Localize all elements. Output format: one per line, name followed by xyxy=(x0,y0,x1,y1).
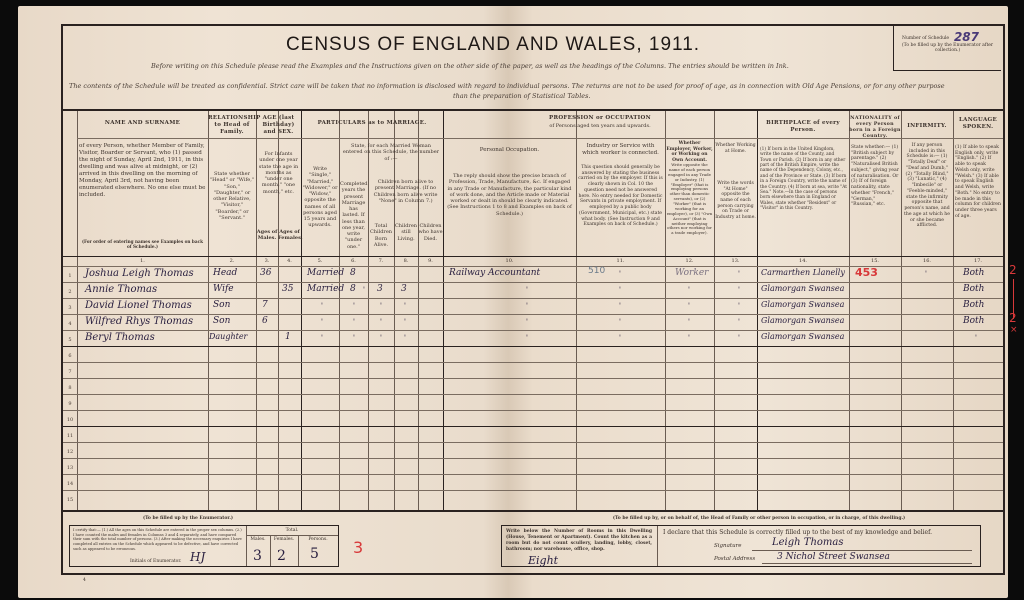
header-nationality: NATIONALITY of every Person born in a Fo… xyxy=(849,115,901,139)
divider xyxy=(298,535,299,566)
header-children-living: Children still Living. xyxy=(394,223,418,242)
instruction-line: Before writing on this Schedule please r… xyxy=(151,62,789,70)
header-children: Children born alive to present Marriage.… xyxy=(369,179,442,204)
ditto-mark: ' xyxy=(404,318,406,326)
marriage-years: 8 xyxy=(350,268,356,278)
row-line xyxy=(63,426,1003,427)
ditto-mark: ' xyxy=(619,334,621,342)
margin-mark: 2 xyxy=(1009,311,1017,325)
row-number: 12 xyxy=(65,449,75,455)
ditto-mark: ' xyxy=(404,302,406,310)
declaration: I declare that this Schedule is correctl… xyxy=(663,529,932,536)
ditto-mark: ' xyxy=(619,318,621,326)
industry-code: 510 xyxy=(588,266,605,276)
ditto-mark: ' xyxy=(619,302,621,310)
enumerator-box: I certify that:— (1.) All the ages on th… xyxy=(69,525,339,567)
col-line xyxy=(394,111,395,510)
row-number: 11 xyxy=(65,433,75,439)
ditto-mark: ' xyxy=(738,334,740,342)
header-age-females: Ages of Females. xyxy=(278,229,301,242)
address-line xyxy=(762,563,972,564)
row-number: 1 xyxy=(65,273,75,279)
col-num: 6. xyxy=(339,258,368,264)
margin-mark: 2 xyxy=(1009,263,1017,277)
header-employer-desc: Write opposite the name of each person e… xyxy=(666,163,713,236)
header-birthplace-desc: (1) If born in the United Kingdom, write… xyxy=(760,147,847,211)
rooms-count: Eight xyxy=(528,554,558,567)
males-label: Males. xyxy=(246,537,270,543)
col-line xyxy=(901,111,902,510)
language: Both xyxy=(963,268,984,278)
col-line xyxy=(953,111,954,510)
header-bottom-line xyxy=(63,256,1003,257)
total-label: Total. xyxy=(246,528,338,534)
row-line xyxy=(63,410,1003,411)
col-line xyxy=(77,111,78,510)
header-profession: PROFESSION or OCCUPATION xyxy=(443,115,757,122)
children-total: 3 xyxy=(377,284,383,294)
row-line xyxy=(63,346,1003,347)
header-age: AGE (last Birthday) and SEX. xyxy=(256,115,301,136)
ditto-mark: ' xyxy=(925,270,927,278)
header-name-desc: of every Person, whether Member of Famil… xyxy=(79,143,206,199)
marital-status: Married xyxy=(307,284,344,294)
ditto-mark: ' xyxy=(738,286,740,294)
ditto-mark: ' xyxy=(353,334,355,342)
row-line xyxy=(63,394,1003,395)
header-age-desc: For Infants under one year state the age… xyxy=(257,151,300,195)
age-male: 7 xyxy=(262,300,268,310)
header-marriage-status: Write "Single," "Married," "Widower," or… xyxy=(302,166,338,229)
ditto-mark: ' xyxy=(380,302,382,310)
col-num: 2. xyxy=(208,258,256,264)
ditto-mark: ' xyxy=(688,334,690,342)
col-line xyxy=(418,111,419,510)
confidential-line-2: than the preparation of Statistical Tabl… xyxy=(453,92,591,100)
children-living: 3 xyxy=(401,284,407,294)
persons-label: Persons. xyxy=(298,537,338,543)
header-employer: Whether Employer, Worker, or Working on … xyxy=(666,141,713,164)
col-num: 13. xyxy=(714,258,757,264)
row-line xyxy=(63,298,1003,299)
ditto-mark: ' xyxy=(404,334,406,342)
col-num: 16. xyxy=(901,258,953,264)
ditto-mark: ' xyxy=(380,334,382,342)
census-form: CENSUS OF ENGLAND AND WALES, 1911. Befor… xyxy=(61,24,1005,575)
header-children-total: Total Children Born Alive. xyxy=(368,223,394,248)
head-box: Write below the Number of Rooms in this … xyxy=(501,525,981,567)
page-title: CENSUS OF ENGLAND AND WALES, 1911. xyxy=(63,34,923,56)
birthplace: Glamorgan Swansea xyxy=(761,316,844,325)
col-line xyxy=(339,111,340,510)
col-line xyxy=(368,111,369,510)
col-num: 8. xyxy=(394,258,418,264)
age-female: 35 xyxy=(282,284,293,294)
divider xyxy=(657,526,658,566)
ditto-mark: ' xyxy=(363,286,365,294)
ditto-mark: ' xyxy=(688,302,690,310)
females-label: Females. xyxy=(270,537,298,543)
row-number: 4 xyxy=(65,321,75,327)
signature-line xyxy=(752,550,972,551)
birthplace: Carmarthen Llanelly xyxy=(761,268,845,277)
schedule-number: 287 xyxy=(954,30,979,44)
header-personal-occupation: Personal Occupation. xyxy=(445,147,574,154)
col-line xyxy=(849,111,850,510)
relationship: Wife xyxy=(213,284,234,294)
col-num: 9. xyxy=(418,258,443,264)
person-name: Joshua Leigh Thomas xyxy=(85,268,194,279)
rooms-instructions: Write below the Number of Rooms in this … xyxy=(506,529,652,552)
schedule-number-box: 287 Number of Schedule (To be filled up … xyxy=(893,26,1001,71)
total-males: 3 xyxy=(253,548,262,564)
ditto-mark: ' xyxy=(526,302,528,310)
row-line xyxy=(63,282,1003,283)
header-name: NAME AND SURNAME xyxy=(77,120,208,127)
ditto-mark: ' xyxy=(353,318,355,326)
ditto-mark: ' xyxy=(975,334,977,342)
age-male: 36 xyxy=(260,268,271,278)
col-line xyxy=(714,111,715,510)
bottom-section: (To be filled up by the Enumerator.) I c… xyxy=(63,514,1003,574)
page-number: 4 xyxy=(83,578,86,584)
enumerator-initials: HJ xyxy=(190,550,205,564)
header-language: LANGUAGE SPOKEN. xyxy=(953,117,1003,131)
row-number: 3 xyxy=(65,305,75,311)
col-num: 3. xyxy=(256,258,278,264)
ditto-mark: ' xyxy=(619,270,621,278)
header-age-males: Ages of Males. xyxy=(256,229,278,242)
language: Both xyxy=(963,300,984,310)
signature-label: Signature xyxy=(714,543,742,549)
postal-address: 3 Nichol Street Swansea xyxy=(777,552,890,562)
header-at-home: Whether Working at Home. xyxy=(715,143,756,154)
ditto-mark: ' xyxy=(526,318,528,326)
row-number: 9 xyxy=(65,401,75,407)
divider xyxy=(270,535,271,566)
head-heading: (To be filled up by, or on behalf of, th… xyxy=(549,516,969,522)
col-num: 4. xyxy=(278,258,301,264)
nationality-code: 453 xyxy=(855,266,878,279)
col-line xyxy=(757,111,758,510)
row-number: 10 xyxy=(65,417,75,423)
col-line xyxy=(576,111,577,510)
row-number: 5 xyxy=(65,337,75,343)
birthplace: Glamorgan Swansea xyxy=(761,284,844,293)
employer-status: Worker xyxy=(675,268,708,278)
language: Both xyxy=(963,316,984,326)
row-number: 7 xyxy=(65,369,75,375)
col-num: 5. xyxy=(301,258,339,264)
header-marriage: PARTICULARS as to MARRIAGE. xyxy=(301,120,443,127)
occupation: Railway Accountant xyxy=(449,268,540,278)
col-num: 12. xyxy=(665,258,714,264)
header-personal-occupation-desc: The reply should show the precise branch… xyxy=(447,173,572,217)
header-infirmity: INFIRMITY. xyxy=(901,123,953,130)
ditto-mark: ' xyxy=(353,302,355,310)
row-number: 6 xyxy=(65,353,75,359)
row-line xyxy=(63,314,1003,315)
ditto-mark: ' xyxy=(321,334,323,342)
birthplace: Glamorgan Swansea xyxy=(761,332,844,341)
col-num: 11. xyxy=(576,258,665,264)
ditto-mark: ' xyxy=(738,302,740,310)
initials-label: Initials of Enumerator. xyxy=(130,559,181,565)
header-marriage-years: Completed years the present Marriage has… xyxy=(340,181,367,250)
enumerator-heading: (To be filled up by the Enumerator.) xyxy=(93,516,283,522)
schedule-note: (To be filled up by the Enumerator after… xyxy=(894,41,1001,53)
header-name-note: (For order of entering names see Example… xyxy=(79,239,206,250)
row-number: 15 xyxy=(65,497,75,503)
ditto-mark: ' xyxy=(738,318,740,326)
row-line xyxy=(63,458,1003,459)
row-line xyxy=(63,474,1003,475)
row-line xyxy=(63,362,1003,363)
row-number: 14 xyxy=(65,481,75,487)
header-at-home-desc: Write the words "At Home" opposite the n… xyxy=(715,181,756,220)
row-number: 13 xyxy=(65,465,75,471)
header-industry-desc: This question should generally be answer… xyxy=(578,165,663,228)
enumerator-red-mark: 3 xyxy=(353,538,363,557)
header-industry: Industry or Service with which worker is… xyxy=(578,143,663,157)
signature: Leigh Thomas xyxy=(772,537,843,548)
person-name: Beryl Thomas xyxy=(85,332,155,343)
age-female: 1 xyxy=(285,332,291,342)
header-children-died: Children who have Died. xyxy=(418,223,443,242)
row-number: 8 xyxy=(65,385,75,391)
relationship: Daughter xyxy=(209,332,247,341)
col-num: 1. xyxy=(77,258,208,264)
ditto-mark: ' xyxy=(380,318,382,326)
row-line xyxy=(63,442,1003,443)
header-profession-sub: of Persons aged ten years and upwards. xyxy=(443,123,757,129)
ditto-mark: ' xyxy=(526,334,528,342)
ditto-mark: ' xyxy=(688,318,690,326)
birthplace: Glamorgan Swansea xyxy=(761,300,844,309)
margin-cross: × xyxy=(1010,325,1018,335)
header-marriage-women: State, for each Married Woman entered on… xyxy=(341,143,441,162)
ditto-mark: ' xyxy=(526,286,528,294)
relationship: Son xyxy=(213,300,230,310)
enumerator-certify: I certify that:— (1.) All the ages on th… xyxy=(73,528,243,551)
confidential-line: The contents of the Schedule will be tre… xyxy=(69,82,945,90)
relationship: Son xyxy=(213,316,230,326)
header-relationship-desc: State whether "Head" or "Wife," "Son," "… xyxy=(209,171,255,221)
row-line xyxy=(63,378,1003,379)
header-nationality-desc: State whether:— (1) "British subject by … xyxy=(851,145,899,208)
ditto-mark: ' xyxy=(619,286,621,294)
person-name: Annie Thomas xyxy=(85,284,157,295)
col-num: 17. xyxy=(953,258,1003,264)
age-male: 6 xyxy=(262,316,268,326)
col-line xyxy=(443,111,444,510)
col-num: 15. xyxy=(849,258,901,264)
col-num: 10. xyxy=(443,258,576,264)
marital-status: Married xyxy=(307,268,344,278)
header-birthplace: BIRTHPLACE of every Person. xyxy=(757,120,849,134)
row-number: 2 xyxy=(65,289,75,295)
marriage-years: 8 xyxy=(350,284,356,294)
ditto-mark: ' xyxy=(738,270,740,278)
person-name: Wilfred Rhys Thomas xyxy=(85,316,193,327)
person-name: David Lionel Thomas xyxy=(85,300,192,311)
row-line xyxy=(63,330,1003,331)
ditto-mark: ' xyxy=(321,318,323,326)
ditto-mark: ' xyxy=(321,302,323,310)
relationship: Head xyxy=(213,268,237,278)
header-relationship: RELATIONSHIP to Head of Family. xyxy=(208,115,256,136)
divider xyxy=(246,535,338,536)
header-language-desc: (1) If able to speak English only, write… xyxy=(955,145,1001,220)
total-persons: 5 xyxy=(310,546,319,562)
col-num: 14. xyxy=(757,258,849,264)
language: Both xyxy=(963,284,984,294)
address-label: Postal Address xyxy=(714,556,755,562)
household-table: NAME AND SURNAME of every Person, whethe… xyxy=(63,109,1003,512)
row-line xyxy=(63,490,1003,491)
header-infirmity-desc: If any person included in this Schedule … xyxy=(903,143,951,229)
ditto-mark: ' xyxy=(688,286,690,294)
total-females: 2 xyxy=(277,548,286,564)
col-num: 7. xyxy=(368,258,394,264)
